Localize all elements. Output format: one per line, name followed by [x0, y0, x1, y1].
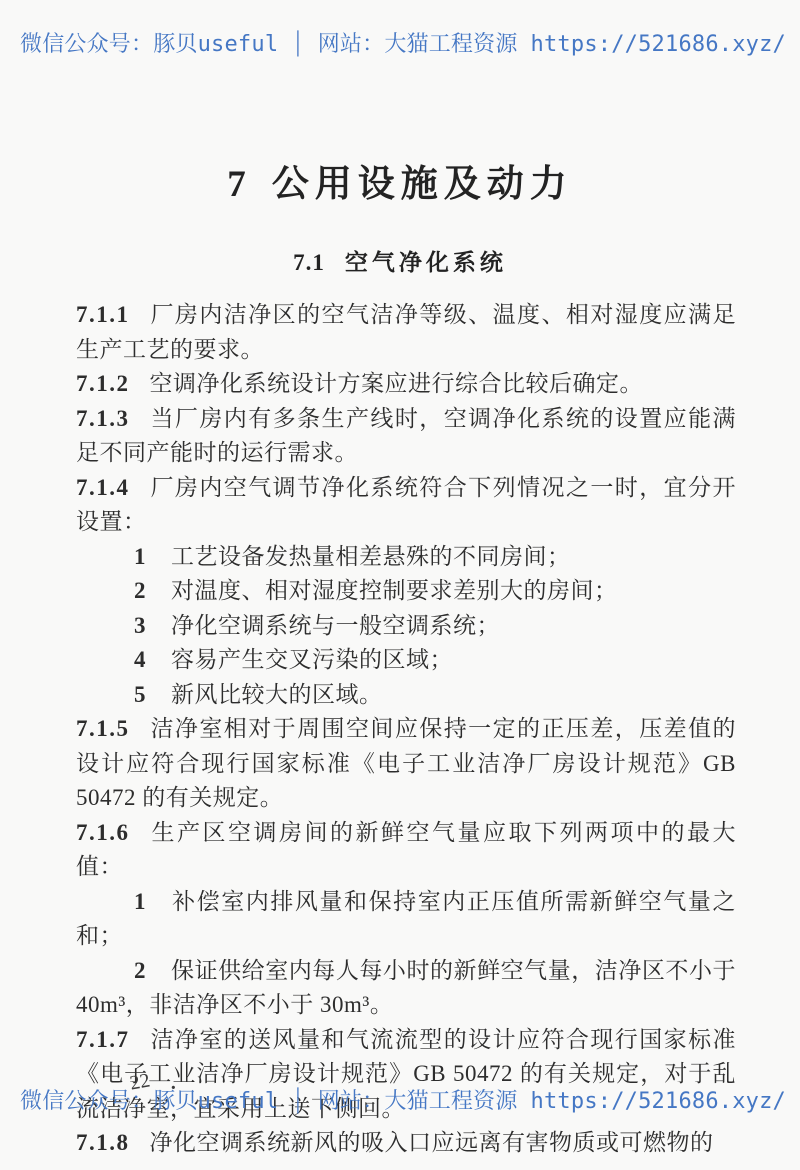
subitem-text: 容易产生交叉污染的区域； — [171, 647, 453, 672]
watermark-separator: │ — [291, 32, 304, 57]
subitem-number: 4 — [134, 647, 146, 672]
clause-text: 厂房内洁净区的空气洁净等级、温度、相对湿度应满足生产工艺的要求。 — [76, 302, 736, 362]
watermark-site-label: 网站：大猫工程资源 — [318, 1089, 518, 1114]
clause-paragraph: 7.1.8净化空调系统新风的吸入口应远离有害物质或可燃物的 — [76, 1126, 736, 1161]
watermark-top: 微信公众号：豚贝useful│网站：大猫工程资源https://521686.x… — [20, 27, 786, 58]
clause-number: 7.1.3 — [76, 406, 130, 431]
watermark-account-label: 微信公众号：豚贝useful — [20, 32, 278, 57]
clauses-body: 7.1.1厂房内洁净区的空气洁净等级、温度、相对湿度应满足生产工艺的要求。7.1… — [76, 298, 736, 1161]
clause-subitem: 2保证供给室内每人每小时的新鲜空气量，洁净区不小于 40m³，非洁净区不小于 3… — [76, 954, 736, 1023]
clause-subitem: 2对温度、相对湿度控制要求差别大的房间； — [76, 574, 736, 609]
clause-paragraph: 7.1.1厂房内洁净区的空气洁净等级、温度、相对湿度应满足生产工艺的要求。 — [76, 298, 736, 367]
clause-number: 7.1.5 — [76, 716, 130, 741]
page-number-dot: · — [170, 1077, 177, 1100]
clause-subitem: 1工艺设备发热量相差悬殊的不同房间； — [76, 540, 736, 575]
watermark-separator: │ — [291, 1089, 304, 1114]
subitem-number: 1 — [134, 889, 146, 914]
subitem-number: 5 — [134, 682, 146, 707]
clause-number: 7.1.1 — [76, 302, 130, 327]
clause-number: 7.1.8 — [76, 1130, 130, 1155]
watermark-url: https://521686.xyz/ — [531, 1089, 786, 1114]
clause-text: 厂房内空气调节净化系统符合下列情况之一时，宜分开设置： — [76, 475, 736, 535]
clause-text: 当厂房内有多条生产线时，空调净化系统的设置应能满足不同产能时的运行需求。 — [76, 406, 736, 466]
chapter-title: 7公用设施及动力 — [0, 153, 800, 207]
subitem-text: 净化空调系统与一般空调系统； — [171, 613, 500, 638]
watermark-url: https://521686.xyz/ — [531, 32, 786, 57]
scanned-document-page: 微信公众号：豚贝useful│网站：大猫工程资源https://521686.x… — [0, 0, 800, 1170]
clause-text: 净化空调系统新风的吸入口应远离有害物质或可燃物的 — [150, 1130, 714, 1155]
subitem-text: 补偿室内排风量和保持室内正压值所需新鲜空气量之和； — [76, 889, 736, 949]
subitem-text: 新风比较大的区域。 — [171, 682, 383, 707]
clause-paragraph: 7.1.4厂房内空气调节净化系统符合下列情况之一时，宜分开设置： — [76, 471, 736, 540]
subitem-text: 工艺设备发热量相差悬殊的不同房间； — [171, 544, 571, 569]
page-number: 22 — [128, 1069, 152, 1095]
watermark-site-label: 网站：大猫工程资源 — [318, 32, 518, 57]
subitem-text: 对温度、相对湿度控制要求差别大的房间； — [171, 578, 618, 603]
clause-number: 7.1.7 — [76, 1027, 130, 1052]
watermark-account-label: 微信公众号：豚贝useful — [20, 1089, 278, 1114]
subitem-number: 2 — [134, 578, 146, 603]
clause-subitem: 4容易产生交叉污染的区域； — [76, 643, 736, 678]
clause-paragraph: 7.1.2空调净化系统设计方案应进行综合比较后确定。 — [76, 367, 736, 402]
clause-text: 洁净室相对于周围空间应保持一定的正压差，压差值的设计应符合现行国家标准《电子工业… — [76, 716, 736, 810]
section-title-text: 空气净化系统 — [345, 250, 507, 275]
chapter-title-text: 公用设施及动力 — [272, 164, 573, 205]
subitem-number: 2 — [134, 958, 146, 983]
subitem-number: 3 — [134, 613, 146, 638]
clause-number: 7.1.6 — [76, 820, 130, 845]
clause-subitem: 3净化空调系统与一般空调系统； — [76, 609, 736, 644]
clause-number: 7.1.2 — [76, 371, 130, 396]
clause-paragraph: 7.1.6生产区空调房间的新鲜空气量应取下列两项中的最大值： — [76, 816, 736, 885]
clause-text: 空调净化系统设计方案应进行综合比较后确定。 — [150, 371, 644, 396]
clause-paragraph: 7.1.3当厂房内有多条生产线时，空调净化系统的设置应能满足不同产能时的运行需求… — [76, 402, 736, 471]
subitem-number: 1 — [134, 544, 146, 569]
chapter-number: 7 — [227, 164, 246, 205]
section-number: 7.1 — [293, 250, 325, 275]
clause-text: 生产区空调房间的新鲜空气量应取下列两项中的最大值： — [76, 820, 736, 880]
section-heading: 7.1空气净化系统 — [0, 244, 800, 277]
clause-number: 7.1.4 — [76, 475, 130, 500]
clause-subitem: 1补偿室内排风量和保持室内正压值所需新鲜空气量之和； — [76, 885, 736, 954]
subitem-text: 保证供给室内每人每小时的新鲜空气量，洁净区不小于 40m³，非洁净区不小于 30… — [76, 958, 736, 1018]
clause-paragraph: 7.1.5洁净室相对于周围空间应保持一定的正压差，压差值的设计应符合现行国家标准… — [76, 712, 736, 816]
clause-subitem: 5新风比较大的区域。 — [76, 678, 736, 713]
